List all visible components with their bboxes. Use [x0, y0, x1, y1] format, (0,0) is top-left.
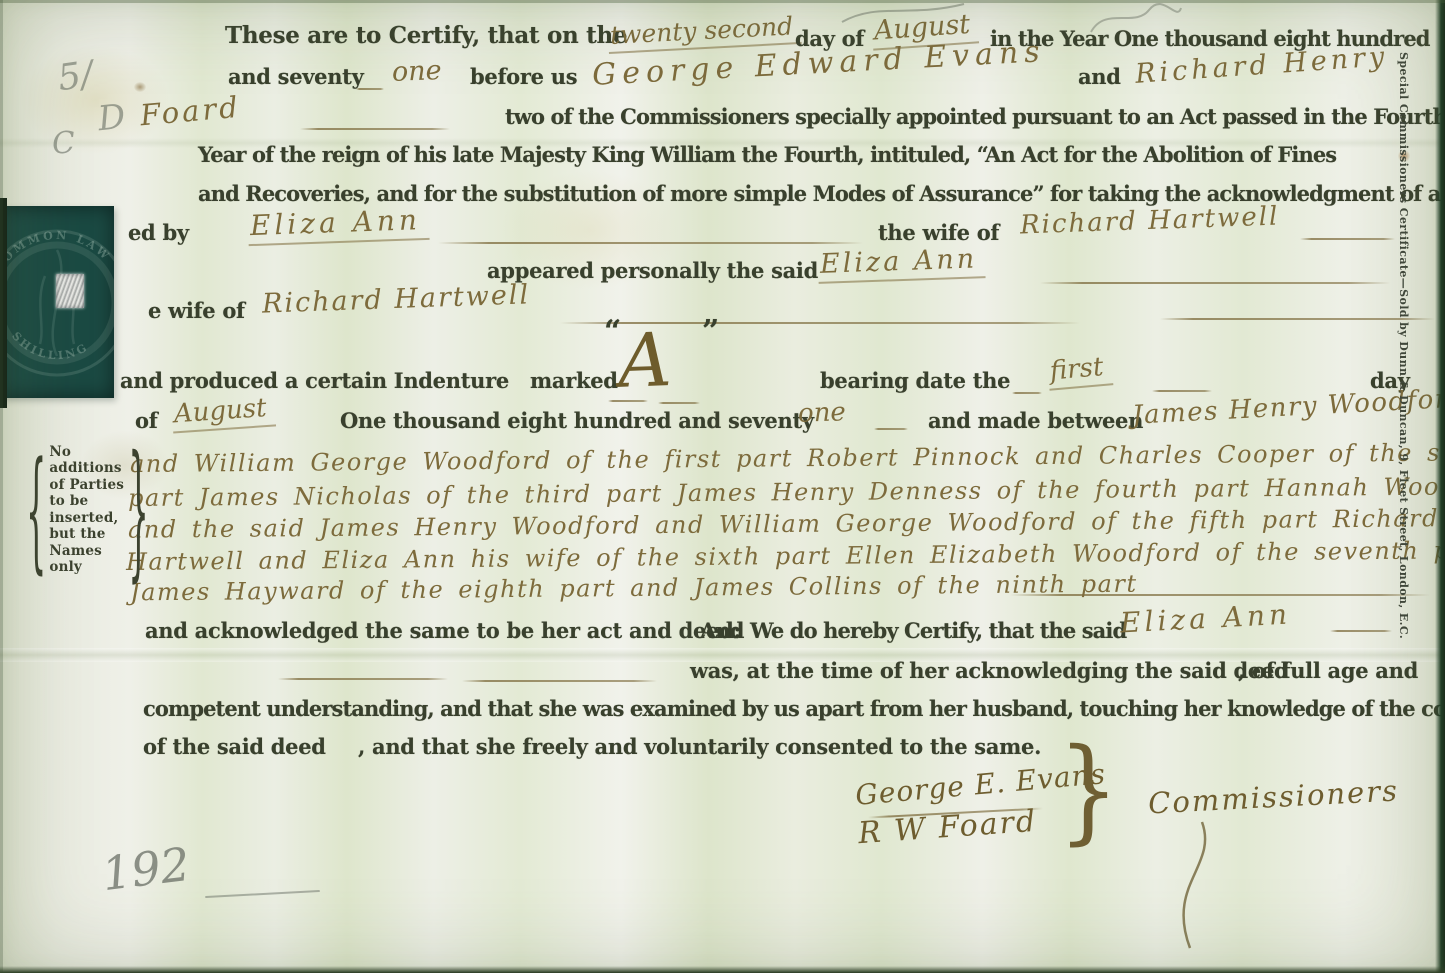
pencil-mark: D	[96, 97, 127, 140]
printed-and: and	[1078, 64, 1121, 89]
ink-rule	[1040, 282, 1390, 284]
handwritten-wife-name: Eliza Ann	[247, 203, 429, 246]
printed-said-deed: of the said deed	[143, 734, 326, 759]
signature-flourish	[1160, 822, 1240, 954]
commissioner-2-signature: R W Foard	[857, 804, 1038, 851]
printed-close-quote: ”	[702, 314, 719, 349]
printed-wife-of-fragment: e wife of	[148, 298, 245, 323]
printed-reign-clause: Year of the reign of his late Majesty Ki…	[198, 142, 1336, 167]
printed-competent-clause: competent understanding, and that she wa…	[143, 696, 1445, 721]
printed-voluntarily-clause: , and that she freely and voluntarily co…	[358, 734, 1041, 759]
handwritten-deed-day: first	[1047, 351, 1113, 390]
printed-full-age-clause: , of full age and	[1238, 658, 1418, 683]
printed-deed-year-phrase: One thousand eight hundred and seventy	[340, 408, 814, 433]
handwritten-commissioner-2-surname: Foard	[139, 90, 242, 133]
ink-rule	[658, 402, 700, 404]
scan-edge-left-faint	[0, 0, 3, 973]
pencil-squiggle	[838, 0, 968, 26]
printed-and-seventy: and seventy	[228, 64, 364, 89]
pencil-mark: 5/	[55, 54, 95, 99]
handwritten-husband-name: Richard Hartwell	[1020, 201, 1280, 240]
svg-text:SHILLING: SHILLING	[9, 329, 91, 362]
printed-made-between: and made between	[928, 408, 1143, 433]
pencil-squiggle	[1085, 2, 1185, 36]
ink-rule	[608, 400, 648, 402]
stamp-foil-square	[56, 274, 84, 308]
deed-certificate-scan: These are to Certify, that on the twenty…	[0, 0, 1445, 973]
printed-marked: marked	[530, 368, 618, 393]
margin-note-right-brace: }	[128, 436, 148, 583]
margin-note-text: No additions of Parties to be inserted, …	[49, 444, 125, 576]
pencil-rule	[205, 890, 320, 898]
ink-rule	[1010, 594, 1430, 596]
pencil-mark: C	[51, 125, 76, 162]
scan-edge-top	[0, 0, 1445, 3]
ink-rule	[462, 680, 657, 682]
ink-rule	[300, 128, 450, 130]
handwritten-deed-year-digit: one	[797, 397, 846, 429]
printed-appeared-personally: appeared personally the said	[487, 258, 818, 283]
handwritten-parties-line: and William George Woodford of the first…	[130, 438, 1445, 478]
ink-rule	[438, 242, 863, 244]
printed-produced-indenture: and produced a certain Indenture	[120, 368, 509, 393]
printed-bearing-date: bearing date the	[820, 368, 1010, 393]
ink-rule	[1152, 390, 1212, 392]
commissioners-role-label: Commissioners	[1147, 773, 1399, 820]
ink-rule	[1160, 318, 1435, 320]
handwritten-deed-month: August	[171, 392, 276, 433]
printed-acknowledged-clause: and acknowledged the same to be her act …	[145, 618, 741, 643]
ink-rule	[278, 678, 448, 680]
printed-deed-by-fragment: ed by	[128, 220, 189, 245]
ink-rule	[1330, 630, 1392, 632]
handwritten-parties-line: James Hayward of the eighth part and Jam…	[130, 570, 1138, 607]
ink-rule	[1300, 238, 1395, 240]
pencil-folio-number: 192	[99, 837, 193, 901]
handwritten-husband-name: Richard Hartwell	[262, 279, 531, 319]
handwritten-year-digit: one	[391, 55, 442, 88]
paper-stain	[134, 82, 146, 92]
handwritten-wife-name: Eliza Ann	[817, 243, 985, 284]
ink-rule	[1012, 392, 1042, 394]
handwritten-exhibit-letter: A	[617, 317, 673, 405]
scan-edge-bottom	[0, 966, 1445, 973]
ink-rule	[356, 88, 384, 90]
stationer-imprint-vertical: Special Commissioners Certificate—Sold b…	[1397, 52, 1410, 639]
handwritten-wife-name: Eliza Ann	[1119, 598, 1291, 640]
signature-brace: }	[1058, 733, 1119, 846]
printed-certify-opening: These are to Certify, that on the	[225, 22, 627, 49]
printed-was-at-time-clause: was, at the time of her acknowledging th…	[690, 658, 1288, 683]
margin-note: { No additions of Parties to be inserted…	[26, 444, 149, 576]
revenue-stamp: COMMON LAW SHILLING	[0, 206, 114, 398]
printed-the-wife-of: the wife of	[878, 220, 999, 245]
printed-commissioners-clause: two of the Commissioners specially appoi…	[505, 104, 1445, 129]
printed-before-us: before us	[470, 64, 577, 89]
handwritten-parties-line: Hartwell and Eliza Ann his wife of the s…	[126, 536, 1445, 576]
ink-rule	[874, 428, 908, 430]
margin-note-left-brace: {	[26, 444, 46, 575]
printed-we-certify-clause: And We do hereby Certify, that the said	[700, 618, 1126, 643]
